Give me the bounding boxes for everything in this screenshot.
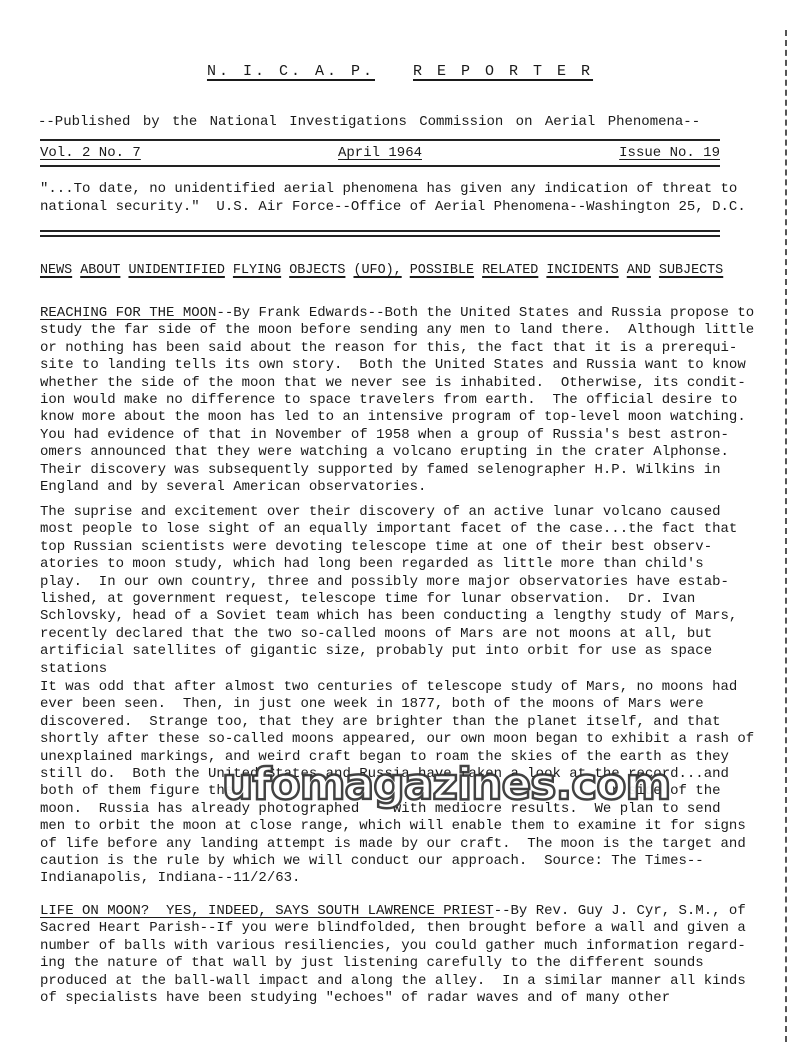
text-line: ion would make no difference to space tr… [40, 392, 740, 409]
text-line: The suprise and excitement over their di… [40, 504, 740, 521]
text-line: men to orbit the moon at close range, wh… [40, 818, 740, 835]
text-line: artificial satellites of gigantic size, … [40, 643, 740, 660]
binding-edge-line [785, 30, 787, 1042]
text-line: Their discovery was subsequently support… [40, 462, 740, 479]
text-line: site to landing tells its own story. Bot… [40, 357, 740, 374]
section-heading-word: RELATED [482, 263, 538, 278]
byline: --By Rev. Guy J. Cyr, S.M., of [494, 903, 746, 919]
text-line: recently declared that the two so-called… [40, 626, 740, 643]
byline: --By Frank Edwards--Both the United Stat… [216, 305, 754, 321]
text-line: shortly after these so-called moons appe… [40, 731, 740, 748]
section-heading: NEWS ABOUT UNIDENTIFIED FLYING OBJECTS (… [40, 263, 730, 278]
double-rule-top [40, 230, 720, 232]
section-heading-word: POSSIBLE [410, 263, 474, 278]
site-watermark: ufomagazines.com [222, 759, 670, 810]
text-line: study the far side of the moon before se… [40, 322, 740, 339]
text-line: Sacred Heart Parish--If you were blindfo… [40, 920, 740, 937]
text-line: whether the side of the moon that we nev… [40, 375, 740, 392]
quote-line: national security." U.S. Air Force--Offi… [40, 198, 730, 216]
text-line: ever been seen. Then, in just one week i… [40, 696, 740, 713]
section-heading-word: INCIDENTS [546, 263, 618, 278]
title-reporter: R E P O R T E R [413, 63, 593, 80]
issue-date: April 1964 [338, 145, 422, 161]
publisher-line: --Published by the National Investigatio… [38, 114, 718, 130]
text-line: stations [40, 661, 740, 678]
text-line: play. In our own country, three and poss… [40, 574, 740, 591]
section-heading-word: OBJECTS [289, 263, 345, 278]
text-line: You had evidence of that in November of … [40, 427, 740, 444]
text-line: Indianapolis, Indiana--11/2/63. [40, 870, 740, 887]
text-line: atories to moon study, which had long be… [40, 556, 740, 573]
section-heading-word: UNIDENTIFIED [128, 263, 224, 278]
text-line: ing the nature of that wall by just list… [40, 955, 740, 972]
article-heading: LIFE ON MOON? YES, INDEED, SAYS SOUTH LA… [40, 903, 494, 919]
text-line: It was odd that after almost two centuri… [40, 679, 740, 696]
title-nicap: N. I. C. A. P. [207, 63, 375, 80]
text-line: most people to lose sight of an equally … [40, 521, 740, 538]
text-line: or nothing has been said about the reaso… [40, 340, 740, 357]
text-line: omers announced that they were watching … [40, 444, 740, 461]
text-line: know more about the moon has led to an i… [40, 409, 740, 426]
article-life-on-moon-para-1: LIFE ON MOON? YES, INDEED, SAYS SOUTH LA… [40, 903, 740, 1007]
section-heading-word: FLYING [233, 263, 281, 278]
text-line: discovered. Strange too, that they are b… [40, 714, 740, 731]
text-line: of life before any landing attempt is ma… [40, 836, 740, 853]
text-line: Schlovsky, head of a Soviet team which h… [40, 608, 740, 625]
section-heading-word: (UFO), [353, 263, 401, 278]
double-rule-bottom [40, 235, 720, 237]
section-heading-word: AND [627, 263, 651, 278]
volume-number: Vol. 2 No. 7 [40, 145, 141, 161]
quote-line: "...To date, no unidentified aerial phen… [40, 180, 730, 198]
masthead-rule-top [40, 139, 720, 141]
text-line: produced at the ball-wall impact and alo… [40, 973, 740, 990]
article-reaching-for-moon-para-2: The suprise and excitement over their di… [40, 504, 740, 678]
text-line: top Russian scientists were devoting tel… [40, 539, 740, 556]
text-line: England and by several American observat… [40, 479, 740, 496]
section-heading-word: NEWS [40, 263, 72, 278]
masthead-rule-bottom [40, 165, 720, 167]
article-reaching-for-moon-para-1: REACHING FOR THE MOON--By Frank Edwards-… [40, 305, 740, 496]
text-line: lished, at government request, telescope… [40, 591, 740, 608]
section-heading-word: SUBJECTS [659, 263, 723, 278]
article-heading: REACHING FOR THE MOON [40, 305, 216, 321]
text-line: caution is the rule by which we will con… [40, 853, 740, 870]
section-heading-word: ABOUT [80, 263, 120, 278]
air-force-quote: "...To date, no unidentified aerial phen… [40, 180, 730, 216]
text-line: of specialists have been studying "echoe… [40, 990, 740, 1007]
masthead-title: N. I. C. A. P.R E P O R T E R [0, 63, 800, 80]
newsletter-page: N. I. C. A. P.R E P O R T E R --Publishe… [0, 0, 800, 1042]
issue-info-row: Vol. 2 No. 7 April 1964 Issue No. 19 [40, 145, 720, 161]
issue-number: Issue No. 19 [619, 145, 720, 161]
text-line: number of balls with various resiliencie… [40, 938, 740, 955]
